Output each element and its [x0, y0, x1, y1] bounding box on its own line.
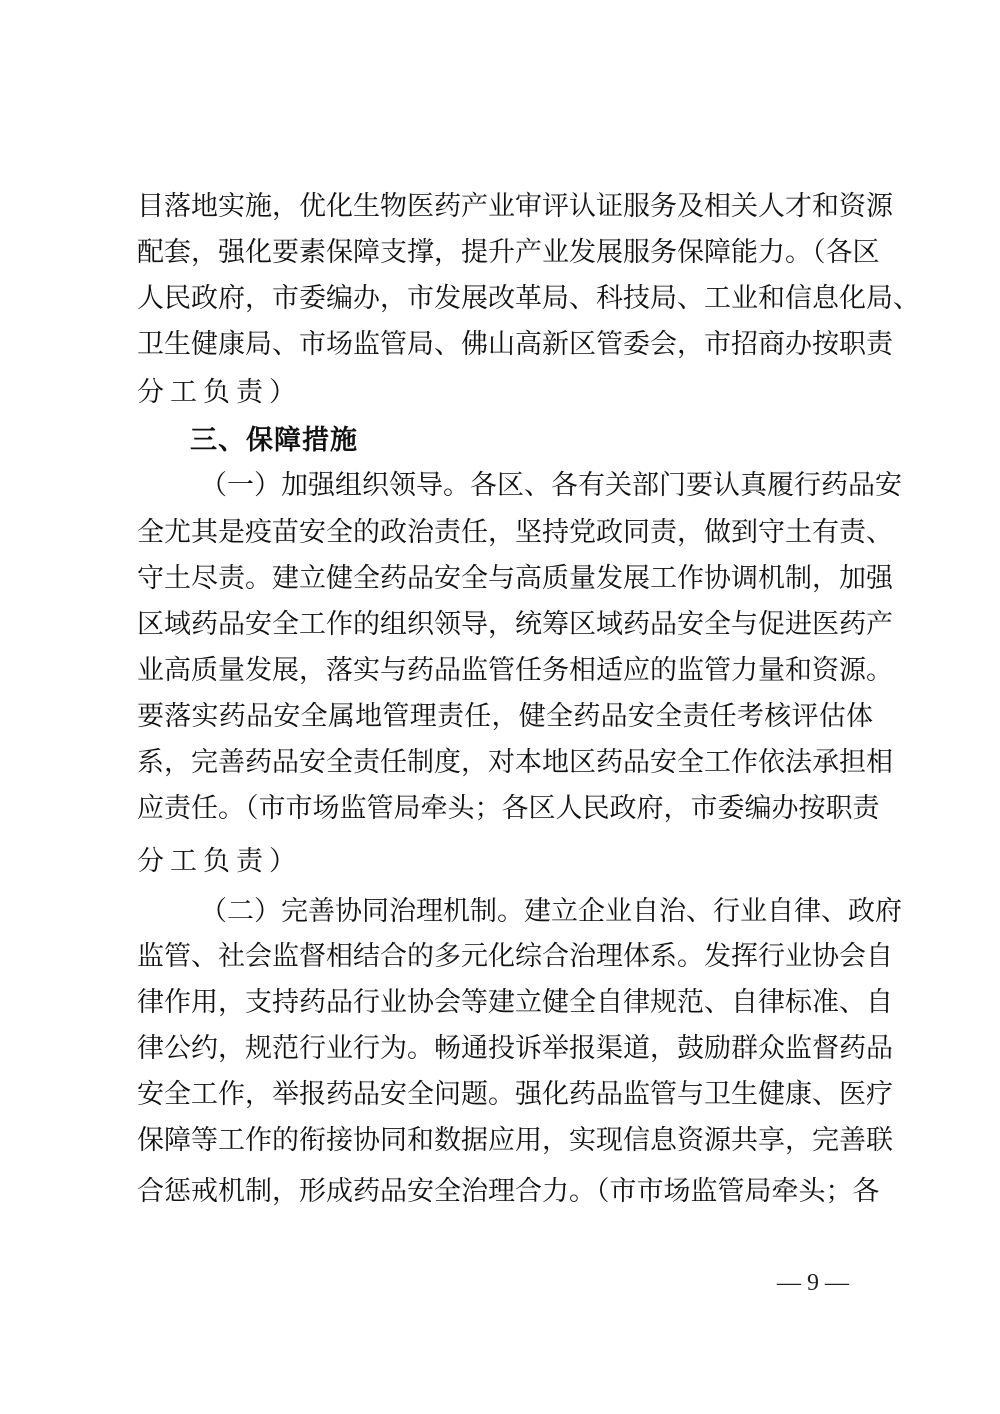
text-line: 目落地实施，优化生物医药产业审评认证服务及相关人才和资源: [137, 187, 873, 227]
text-line: 律作用，支持药品行业协会等建立健全自律规范、自律标准、自: [137, 983, 873, 1023]
text-line: 分工负责）: [137, 373, 873, 413]
text-line: 应责任。（市市场监管局牵头；各区人民政府，市委编办按职责: [137, 789, 873, 829]
text-line: 分工负责）: [137, 842, 873, 882]
text-line: 全尤其是疫苗安全的政治责任，坚持党政同责，做到守土有责、: [137, 513, 873, 553]
text-line: 卫生健康局、市场监管局、佛山高新区管委会，市招商办按职责: [137, 325, 873, 365]
text-line: 业高质量发展，落实与药品监管任务相适应的监管力量和资源。: [137, 651, 873, 691]
document-page: 目落地实施，优化生物医药产业审评认证服务及相关人才和资源 配套，强化要素保障支撑…: [0, 0, 1000, 1414]
text-line: 律公约，规范行业行为。畅通投诉举报渠道，鼓励群众监督药品: [137, 1029, 873, 1069]
text-line: 监管、社会监督相结合的多元化综合治理体系。发挥行业协会自: [137, 937, 873, 977]
text-line: 保障等工作的衔接协同和数据应用，实现信息资源共享，完善联: [137, 1121, 873, 1161]
text-line: 守土尽责。建立健全药品安全与高质量发展工作协调机制，加强: [137, 559, 873, 599]
text-line: 配套，强化要素保障支撑，提升产业发展服务保障能力。（各区: [137, 233, 873, 273]
text-line: 区域药品安全工作的组织领导，统筹区域药品安全与促进医药产: [137, 605, 873, 645]
text-line: 合惩戒机制，形成药品安全治理合力。（市市场监管局牵头；各: [137, 1172, 873, 1212]
section-heading: 三、保障措施: [190, 421, 358, 461]
text-line: 系，完善药品安全责任制度，对本地区药品安全工作依法承担相: [137, 743, 873, 783]
text-line: （一）加强组织领导。各区、各有关部门要认真履行药品安: [200, 466, 873, 506]
text-line: 要落实药品安全属地管理责任，健全药品安全责任考核评估体: [137, 697, 873, 737]
page-number: — 9 —: [768, 1266, 858, 1300]
text-line: 安全工作，举报药品安全问题。强化药品监管与卫生健康、医疗: [137, 1075, 873, 1115]
text-line: （二）完善协同治理机制。建立企业自治、行业自律、政府: [200, 892, 873, 932]
text-line: 人民政府，市委编办，市发展改革局、科技局、工业和信息化局、: [137, 279, 873, 319]
